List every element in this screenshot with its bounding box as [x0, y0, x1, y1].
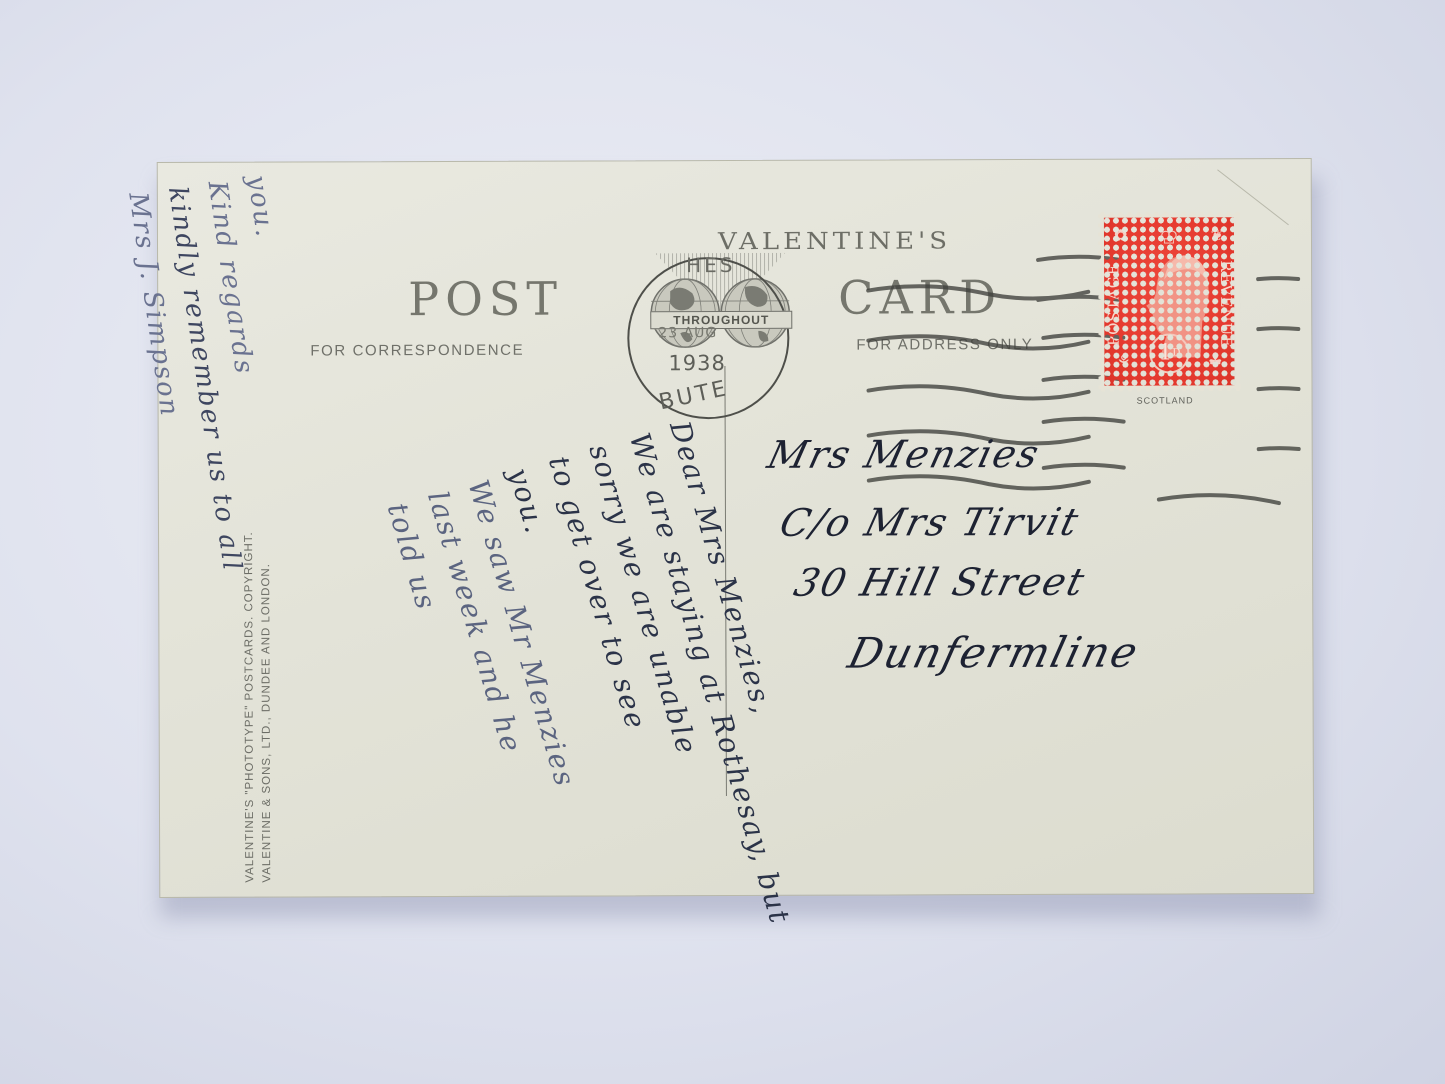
post-word: POST — [408, 272, 563, 327]
publisher-copyright: VALENTINE'S "PHOTOTYPE" POSTCARDS. COPYR… — [241, 531, 276, 883]
handwritten-closing: you. Kind regards kindly remember us to … — [117, 173, 331, 581]
postmark-town: HES — [686, 253, 735, 277]
postmark-year: 1938 — [668, 351, 726, 375]
crown-icon: ♔ — [1159, 223, 1179, 249]
stamp-revenue-text: REVENUE — [1217, 260, 1234, 348]
copyright-line-1: VALENTINE'S "PHOTOTYPE" POSTCARDS. COPYR… — [241, 531, 259, 882]
postmark-date: 23 AUG — [658, 325, 717, 341]
address-line-4: Dunfermline — [843, 628, 1144, 678]
leek-icon: ⚘ — [1116, 352, 1130, 372]
copyright-line-2: VALENTINE & SONS, LTD., DUNDEE AND LONDO… — [258, 531, 276, 882]
correspondence-label: FOR CORRESPONDENCE — [310, 342, 524, 360]
cancellation-text: SCOTLAND — [1137, 395, 1194, 405]
postage-stamp: ♔ ✿ ❦ POSTAGE REVENUE ⚘ ☘ 1D — [1098, 211, 1241, 391]
cancellation-lines-icon — [858, 239, 1309, 541]
thistle-icon: ❦ — [1211, 225, 1224, 245]
postcard: VALENTINE'S POST CARD FOR CORRESPONDENCE… — [157, 158, 1315, 898]
address-line-2: C/o Mrs Tirvit — [776, 500, 1085, 545]
address-line-3: 30 Hill Street — [790, 560, 1091, 605]
rose-icon: ✿ — [1114, 226, 1127, 246]
address-line-1: Mrs Menzies — [763, 432, 1045, 477]
stamp-value: 1D — [1149, 333, 1189, 373]
shamrock-icon: ☘ — [1208, 351, 1222, 371]
stamp-postage-text: POSTAGE — [1104, 263, 1122, 346]
